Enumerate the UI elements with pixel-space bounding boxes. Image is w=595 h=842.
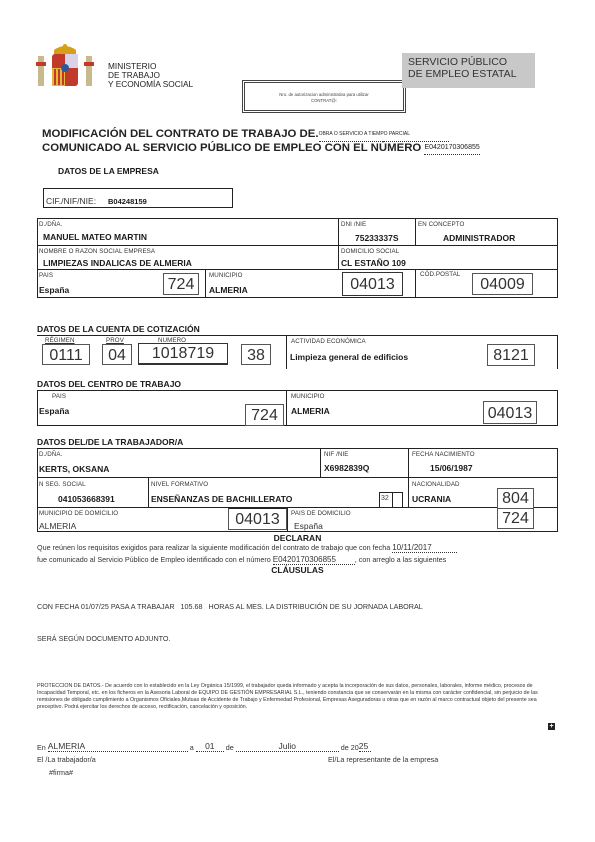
concepto-label: EN CONCEPTO [418,221,464,228]
clausulas-title: CLÁUSULAS [0,565,595,575]
title-line-1: MODIFICACIÓN DEL CONTRATO DE TRABAJO DE [42,128,315,140]
actividad-label: ACTIVIDAD ECONÓMICA [291,338,366,345]
firma-dia: 01 [196,741,224,752]
declaran-text-2: fue comunicado al Servicio Público de Em… [37,555,271,564]
trab-nacionalidad-label: NACIONALIDAD [412,481,460,488]
firma-anio: 25 [359,741,371,752]
firma-mes: Julio [236,741,339,752]
trab-paisdom-value: España [294,521,323,531]
trab-mundom-value: ALMERIA [39,521,76,531]
cif-label: CIF./NIF/NIE: [46,196,96,206]
trab-nif-label: NIF /NIE [324,451,349,458]
dc-value: 38 [241,344,271,365]
firma-lugar: ALMERIA [48,741,188,752]
ministry-line-3: Y ECONOMÍA SOCIAL [108,80,193,89]
page-title: MODIFICACIÓN DEL CONTRATO DE TRABAJO DE.… [42,128,480,155]
declaran-line-2: fue comunicado al Servicio Público de Em… [37,555,446,565]
sepe-line-2: DE EMPLEO ESTATAL [408,68,529,80]
trab-paisdom-label: PAIS DE DOMICILIO [291,510,351,517]
pais-label: PAIS [39,272,53,279]
section-trabajador-title: DATOS DEL/DE LA TRABAJADOR/A [37,437,183,447]
cp-value: 04009 [472,273,533,295]
trab-nivel-value: ENSEÑANZAS DE BACHILLERATO [151,494,292,504]
clausula-line-2: SERÁ SEGÚN DOCUMENTO ADJUNTO. [37,634,423,645]
centro-pais-code: 724 [245,404,284,426]
regimen-label: RÉGIMEN [45,337,75,344]
representante-signature-label: El/La representante de la empresa [328,755,438,764]
plus-icon[interactable]: + [548,723,555,730]
trab-nombre-value: KERTS, OKSANA [39,464,109,474]
authorization-box: Nro. de autorizacion administrativa para… [242,80,406,113]
section-empresa-title: DATOS DE LA EMPRESA [58,166,159,176]
actividad-code: 8121 [487,344,535,366]
firma-a-label: a [190,743,194,752]
trabajador-table [37,448,558,532]
clausula-text: CON FECHA 01/07/25 PASA A TRABAJAR 105.6… [37,581,423,655]
prov-label: PROV [106,337,124,344]
trabajador-signature-label: El /La trabajador/a [37,755,96,764]
clausula-line-1: CON FECHA 01/07/25 PASA A TRABAJAR 105.6… [37,602,423,613]
municipio-value: ALMERIA [209,285,248,295]
pais-code: 724 [163,273,199,295]
pais-value: España [39,285,69,295]
section-centro-title: DATOS DEL CENTRO DE TRABAJO [37,379,181,389]
title-contract-number: E0420170306855 [424,142,479,156]
centro-municipio-label: MUNICIPIO [291,393,325,400]
concepto-value: ADMINISTRADOR [443,233,515,243]
title-line-2: COMUNICADO AL SERVICIO PÚBLICO DE EMPLEO… [42,142,421,154]
trab-paisdom-code: 724 [497,508,534,529]
trab-mundom-label: MUNICIPIO DE DOMICILIO [39,510,118,517]
trab-nss-label: N SEG. SOCIAL [39,481,86,488]
contract-type: OBRA O SERVICIO A TIEMPO PARCIAL [319,128,449,142]
authorization-field: CONTRAT@: [245,98,403,104]
trab-nacimiento-label: FECHA NACIMIENTO [412,451,475,458]
signature-placeholder: #firma# [49,768,73,777]
firma-line: En ALMERIA a 01 de Julio de 2025 [37,741,371,752]
domicilio-label: DOMICILIO SOCIAL [341,248,399,255]
trab-nacionalidad-value: UCRANIA [412,494,451,504]
ministry-name: MINISTERIO DE TRABAJO Y ECONOMÍA SOCIAL [108,62,193,89]
dni-value: 75233337S [355,233,399,243]
declaran-title: DECLARAN [0,533,595,543]
centro-municipio-code: 04013 [483,401,537,424]
declaran-text-3: , con arreglo a las siguientes [355,555,447,564]
data-protection-notice: PROTECCION DE DATOS.- De acuerdo con lo … [37,683,558,711]
trab-mundom-code: 04013 [228,508,287,530]
firma-en-label: En [37,743,46,752]
prov-value: 04 [102,344,132,365]
trab-nivel-code: 32 [381,495,389,502]
section-cotizacion-title: DATOS DE LA CUENTA DE COTIZACIÓN [37,324,200,334]
actividad-value: Limpieza general de edificios [290,352,408,362]
declaran-numero: E0420170306855 [273,555,355,565]
trab-nss-value: 041053668391 [58,494,115,504]
sepe-banner: SERVICIO PÚBLICO DE EMPLEO ESTATAL [402,53,535,88]
trab-nivel-label: NIVEL FORMATIVO [151,481,208,488]
sepe-line-1: SERVICIO PÚBLICO [408,56,529,68]
trab-nivel-code-box: 32 [379,492,403,507]
ministry-logo [34,42,96,94]
trab-nombre-label: D./DÑA. [39,451,62,458]
firma-de20-label: de 20 [341,743,359,752]
declaran-text-1: Que reúnen los requisitos exigidos para … [37,543,390,552]
declaran-fecha: 10/11/2017 [392,543,457,553]
firma-de-label: de [226,743,234,752]
rep-value: MANUEL MATEO MARTIN [43,232,147,242]
razon-label: NOMBRE O RAZON SOCIAL EMPRESA [39,248,155,255]
trab-nacionalidad-code: 804 [497,488,534,509]
cp-label: CÓD.POSTAL [420,271,460,278]
centro-pais-label: PAIS [52,393,66,400]
municipio-code: 04013 [342,272,403,296]
centro-pais-value: España [39,406,69,416]
dni-label: DNI /NIE [341,221,366,228]
trab-nacimiento-value: 15/06/1987 [430,463,473,473]
trab-nif-value: X6982839Q [324,463,369,473]
municipio-label: MUNICIPIO [209,272,243,279]
coat-of-arms-icon [34,42,96,94]
domicilio-value: CL ESTAÑO 109 [341,258,406,268]
cif-value: B04248159 [108,197,147,206]
declaran-line-1: Que reúnen los requisitos exigidos para … [37,543,457,553]
regimen-value: 0111 [42,344,90,365]
numero-value: 1018719 [138,343,228,365]
rep-label: D./DÑA. [39,221,62,228]
centro-municipio-value: ALMERIA [291,406,330,416]
razon-value: LIMPIEZAS INDALICAS DE ALMERIA [43,258,192,268]
